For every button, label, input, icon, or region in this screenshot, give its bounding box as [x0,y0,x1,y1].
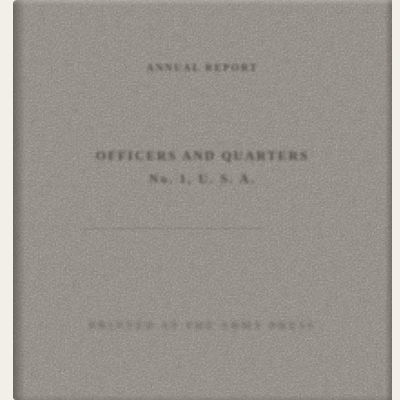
book-cover-scan: ANNUAL REPORT OFFICERS AND QUARTERS No. … [13,0,392,400]
cover-left-edge-shadow [13,0,25,400]
scanned-page-background: ANNUAL REPORT OFFICERS AND QUARTERS No. … [0,0,400,400]
cover-header-text: ANNUAL REPORT [13,63,392,74]
cover-blotch-texture [13,0,392,400]
cover-scratch-mark [83,228,263,229]
cover-grain-texture [13,0,392,400]
cover-right-edge-shadow [385,0,392,400]
cover-bottom-edge-shadow [13,395,392,400]
cover-footer-text: PRINTED AT THE ARMY PRESS [13,320,392,332]
cover-title-line-1: OFFICERS AND QUARTERS [13,148,392,164]
cover-top-edge-highlight [13,0,392,5]
cover-title-line-2: No. 1, U. S. A. [13,171,392,187]
